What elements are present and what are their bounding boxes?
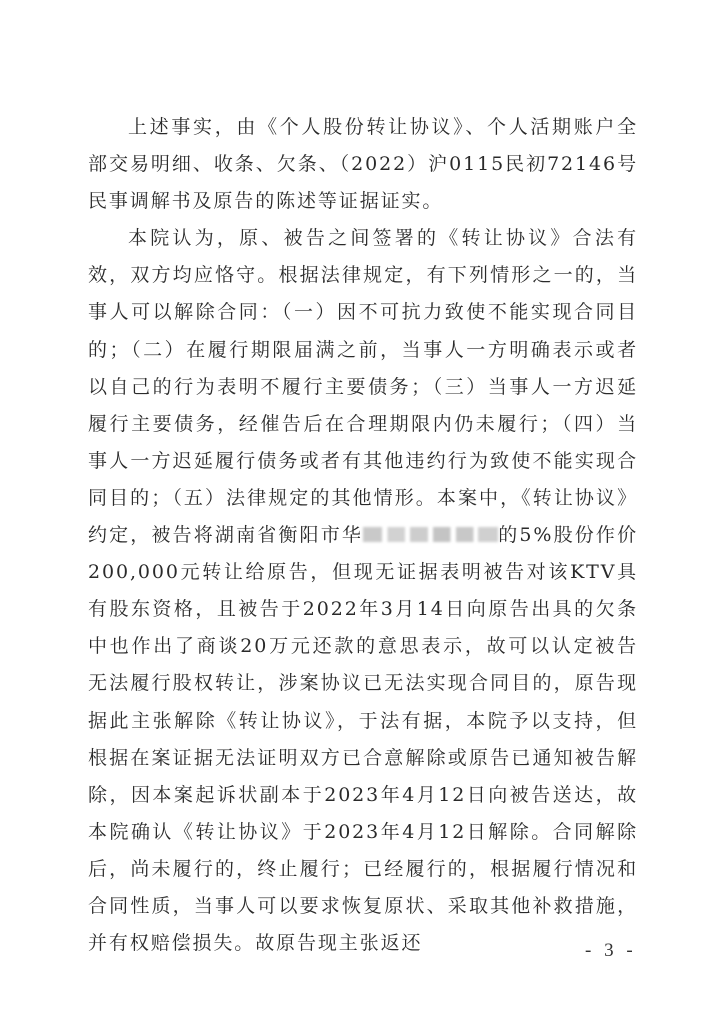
paragraph-evidence: 上述事实，由《个人股份转让协议》、个人活期账户全部交易明细、收条、欠条、（202… xyxy=(88,109,638,220)
opinion-text-part-2: 的5%股份作价200,000元转让给原告，但现无证据表明被告对该KTV具有股东资… xyxy=(88,524,638,954)
redacted-region xyxy=(363,527,498,542)
opinion-text-part-1: 本院认为，原、被告之间签署的《转让协议》合法有效，双方均应恪守。根据法律规定，有… xyxy=(88,227,638,546)
page-number: - 3 - xyxy=(585,940,637,962)
document-page: 上述事实，由《个人股份转让协议》、个人活期账户全部交易明细、收条、欠条、（202… xyxy=(0,0,723,1024)
paragraph-court-opinion: 本院认为，原、被告之间签署的《转让协议》合法有效，双方均应恪守。根据法律规定，有… xyxy=(88,220,638,962)
document-body: 上述事实，由《个人股份转让协议》、个人活期账户全部交易明细、收条、欠条、（202… xyxy=(88,109,638,962)
